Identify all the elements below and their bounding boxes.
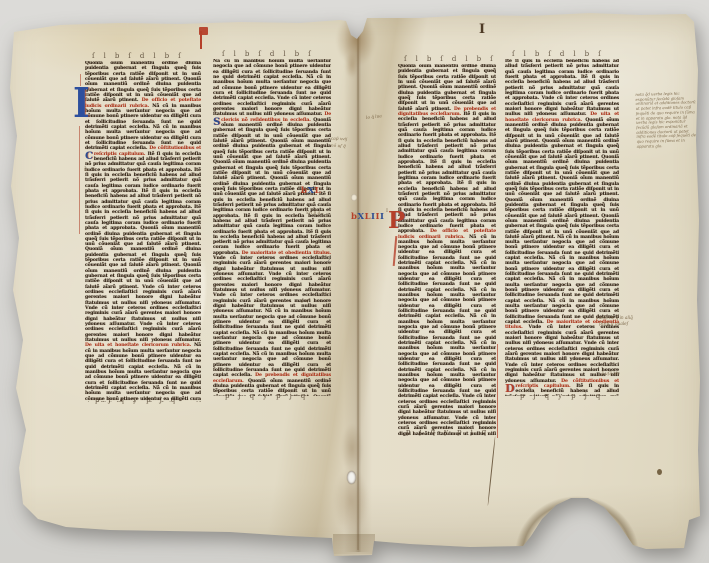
- numeral-letter: L: [315, 186, 321, 196]
- gutter-note: nõ uſ q̃: [331, 143, 346, 149]
- pen-flourish-tail: [487, 436, 496, 506]
- text-run: Nã cũ in manibus hoĩum multa uerſantur n…: [85, 343, 201, 402]
- text-column-right-2: Itẽ ſi quis in eccleſia beneficiũ habens…: [505, 59, 619, 396]
- photo-backdrop: I ſlbſdlbſ Quoniã oĩum manentiũ ordinẽ d…: [0, 0, 709, 563]
- ascender-ticks: ſlbſdlbſ: [512, 50, 610, 58]
- manuscript-content: I ſlbſdlbſ Quoniã oĩum manentiũ ordinẽ d…: [0, 0, 709, 563]
- text-column-left-2: Nã cũ in manibus hoĩum multa uerſantur n…: [213, 59, 331, 396]
- text-run: Vnde cũ inter ceteros ordines eccleſiaſt…: [213, 256, 331, 314]
- text-run: Itẽ ſi quis in eccleſia beneficiũ habens…: [213, 192, 331, 256]
- text-run: Nã cũ in manibus hoĩum multa uerſantur n…: [398, 235, 496, 400]
- margin-note: t̃a: [84, 167, 88, 172]
- pencil-mark: I Z: [313, 258, 336, 263]
- descender-ticks: pjqypjq: [95, 396, 184, 404]
- text-run: Nã cũ in manibus hoĩum multa uerſantur n…: [213, 309, 331, 378]
- gutter-note: y uſ: [301, 298, 309, 303]
- margin-note: p̃ceſſ q̃ qualeſ: [599, 321, 628, 326]
- margin-gloss-block: nota q̃d uerba legis hic exponũtur ſecũd…: [635, 91, 698, 149]
- quire-flag-pole: [200, 31, 202, 49]
- margin-note: aucto ne q̃ in aliq̃: [596, 315, 633, 320]
- ascender-ticks: ſlbſdlbſ: [404, 55, 502, 63]
- chapter-number-xliii: bXLIII: [351, 212, 385, 222]
- text-run: Quoniã oĩum manentiũ ordinẽ diuina puide…: [85, 61, 201, 103]
- descender-ticks: pjqypjq: [225, 392, 314, 400]
- gutter-note: lo q̃ lua: [366, 113, 382, 120]
- text-run: Itẽ ſi quis in eccleſia beneficiũ habens…: [505, 59, 619, 101]
- text-run: Nã cũ in manibus hoĩum multa uerſantur n…: [505, 235, 619, 325]
- text-run: Itẽ ſi quis in eccleſia beneficiũ habens…: [398, 112, 496, 234]
- text-run: Quoniã oĩum manentiũ ordinẽ diuina puide…: [398, 64, 496, 112]
- initial-d-flourish: [497, 344, 498, 438]
- text-run: Quoniã oĩum manentiũ ordinẽ diuina puide…: [85, 226, 201, 290]
- rubricated-initial-P: P: [388, 210, 405, 232]
- descender-ticks: pjqypjq: [520, 392, 609, 400]
- folio-numeral: I: [479, 22, 485, 37]
- text-run: Vnde cũ inter ceteros ordines eccleſiaſt…: [85, 285, 201, 343]
- drop-initial-c: C: [85, 152, 94, 162]
- chapter-number-xl: bXL: [301, 186, 321, 196]
- quire-mark-red-flag: [197, 27, 209, 51]
- filigree-line: [80, 74, 81, 86]
- drop-initial-s: S: [213, 118, 221, 128]
- text-run: Nã cũ in manibus hoĩum multa uerſantur n…: [85, 104, 201, 152]
- filigree-line: [79, 126, 80, 234]
- text-run: Quoniã oĩum manentiũ ordinẽ diuina puide…: [505, 118, 619, 240]
- margin-note: q̃ uſq̃ ĩde: [601, 371, 620, 376]
- numeral-letter: I: [380, 212, 384, 222]
- text-column-left-1: Quoniã oĩum manentiũ ordinẽ diuina puide…: [85, 61, 201, 402]
- descender-ticks: pjqypjq: [406, 428, 495, 436]
- text-run: Itẽ ſi quis in eccleſia beneficiũ habens…: [85, 152, 201, 232]
- numeral-letter: X: [357, 212, 364, 222]
- text-column-right-1: Quoniã oĩum manentiũ ordinẽ diuina puide…: [398, 64, 496, 436]
- initial-p-tail: [393, 236, 397, 266]
- text-run: Nã cũ in manibus hoĩum multa uerſantur n…: [213, 59, 331, 101]
- margin-numeral: I: [386, 209, 388, 214]
- gutter-note: cap̃ xvij: [331, 136, 347, 142]
- illuminated-initial-I: I: [73, 83, 90, 122]
- ascender-ticks: ſlbſdlbſ: [222, 50, 320, 58]
- numeral-letter: X: [307, 186, 314, 196]
- rubric-run: De uita et honeſtate clericorum rubrica.: [85, 343, 194, 348]
- ascender-ticks: ſlbſdlbſ: [92, 52, 190, 60]
- drop-initial-d: D: [505, 384, 515, 394]
- gutter-note: xvi p̃ q̃: [306, 210, 320, 215]
